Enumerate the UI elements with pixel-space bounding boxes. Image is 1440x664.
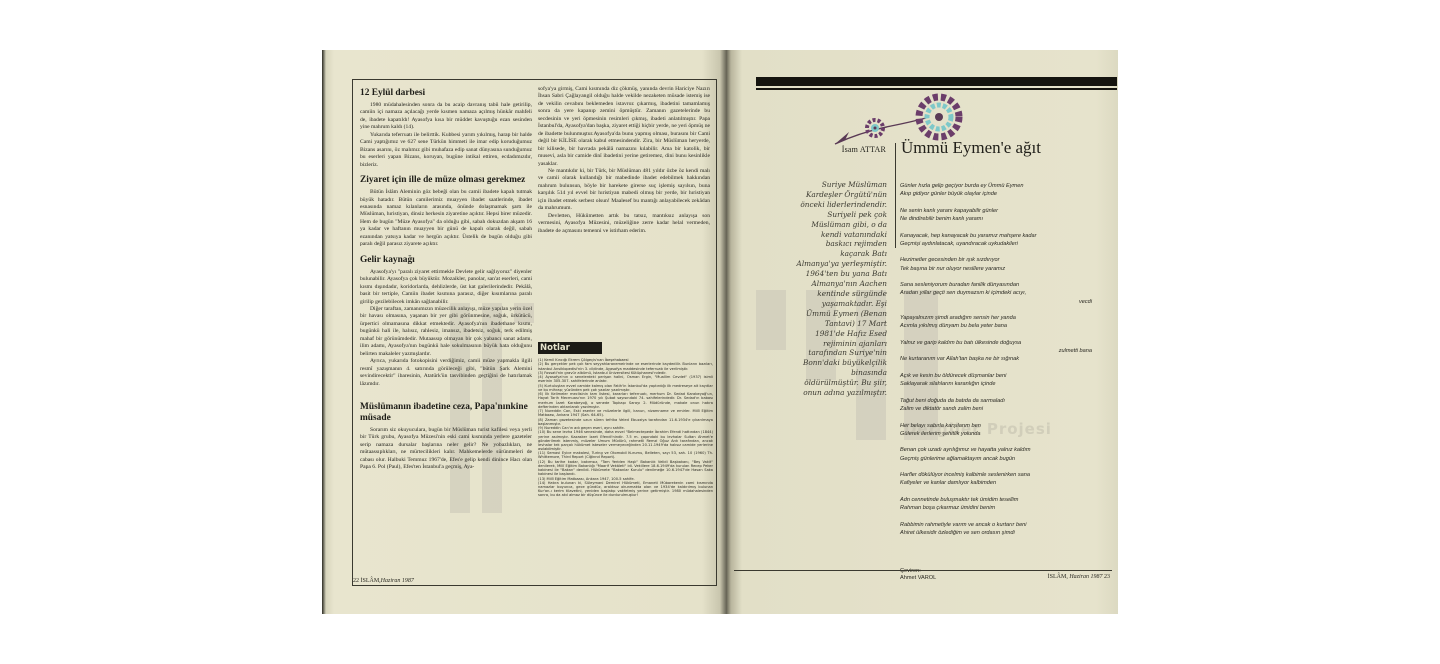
paragraph: Diğer taraftan, zamanımızın müzecilik an… bbox=[360, 306, 532, 358]
poem-line: Gülerek ilerlerim şehitlik yolunda bbox=[900, 430, 1100, 438]
page-footer-right: İSLÂM, Haziran 1987 23 bbox=[1048, 574, 1110, 580]
paragraph: Ayasofya'yı "paralı ziyaret ettirmekle D… bbox=[360, 269, 532, 306]
poem-line: Acımla yıkılmış dünyam bu bela yeter ban… bbox=[900, 322, 1100, 330]
poem-stanza: Hezimetler gecesinden bir ışık sızdırıyo… bbox=[900, 256, 1100, 272]
footnote-item: (4) Ayasofya'nın o senelerdeki perişan h… bbox=[538, 375, 713, 383]
poem-line: Zalim ve diktatör sandı zalim beni bbox=[900, 405, 1100, 413]
paragraph: Ayrıca, yukarıda fotokopisini verdiğimiz… bbox=[360, 358, 532, 388]
section-heading: 12 Eylül darbesi bbox=[360, 88, 532, 99]
poem-line: Her belayı sabırla karşılarım ben bbox=[900, 422, 1100, 430]
paragraph: Yukarıda teferruatı ile belirttik. Kubbe… bbox=[360, 132, 532, 169]
page-number: 23 bbox=[1104, 574, 1110, 580]
title-divider bbox=[895, 143, 896, 248]
page-number: 22 bbox=[353, 578, 359, 584]
left-page: 12 Eylül darbesi 1980 müdahalesinden son… bbox=[322, 50, 726, 614]
article-column-2: sofya'ya girmiş, Cami kısmında diz çökmü… bbox=[538, 86, 710, 235]
poem-line: zulmetti bana bbox=[900, 347, 1100, 355]
poem-line: Geçmişi aydınlatacak, uyandıracak uykuda… bbox=[900, 240, 1100, 248]
poem-line: Tağut beni doğuda da batıda da sarmaladı bbox=[900, 397, 1100, 405]
poem-line: Benan çok uzadı ayrılığımız ve hayatta y… bbox=[900, 446, 1100, 454]
footnote-item: (12) Bu tarihe kadar, bakımsız, "Tam Yer… bbox=[538, 460, 713, 477]
poem-body: Günler hızla gelip geçiyor burda ey Ümmü… bbox=[900, 182, 1100, 546]
poem-line: Ne senin kanlı yaranı kapayabilir günler bbox=[900, 207, 1100, 215]
poem-stanza: Harfler dökülüyor incelmiş kalbimle sesl… bbox=[900, 471, 1100, 487]
poem-line: Adn cennetinde buluşmaktır tek ümidim te… bbox=[900, 496, 1100, 504]
magazine-name: İSLÂM, bbox=[1048, 574, 1068, 580]
section-heading: Gelir kaynağı bbox=[360, 255, 532, 266]
header-rule bbox=[756, 77, 1117, 86]
poem-line: Ne kurtaranım var Allah'tan başka ne bir… bbox=[900, 355, 1100, 363]
paragraph: Devletten, Hükûmetten artık bu tatsız, m… bbox=[538, 213, 710, 235]
poem-line: Akıp gidiyor günler büyük olaylar içinde bbox=[900, 190, 1100, 198]
footer-rule bbox=[734, 570, 1112, 571]
poem-title: Ümmü Eymen'e ağıt bbox=[901, 138, 1041, 158]
right-page: İsam ATTAR Ümmü Eymen'e ağıt Dergiler Pr… bbox=[726, 50, 1118, 614]
poem-line: Aradan yıllar geçti sen duymazsın ki içi… bbox=[900, 289, 1100, 297]
poem-stanza: Ne senin kanlı yaranı kapayabilir günler… bbox=[900, 207, 1100, 223]
poem-line: Rabbimin rahmetiyle varım ve ancak o kur… bbox=[900, 521, 1100, 529]
poem-line: Yalnız ve garip kaldım bu batı ülkesinde… bbox=[900, 339, 1100, 347]
poem-line: Saklayarak silahlarını karanlığın içinde bbox=[900, 380, 1100, 388]
poem-stanza: Açık ve kesin bu öldürecek düşmanlar ben… bbox=[900, 372, 1100, 388]
section-heading: Ziyaret için ille de müze olması gerekme… bbox=[360, 175, 532, 186]
poem-stanza: Her belayı sabırla karşılarım benGülerek… bbox=[900, 422, 1100, 438]
poem-line: Günler hızla gelip geçiyor burda ey Ümmü… bbox=[900, 182, 1100, 190]
footnote-item: (6) İlk Kelimeler meclisinin tam listesi… bbox=[538, 392, 713, 409]
watermark-bar bbox=[756, 290, 786, 350]
translator-name: Ahmet VAROL bbox=[900, 575, 936, 582]
footnote-item: (11) Semavi Eyice makalesi, Turing ve Ot… bbox=[538, 451, 713, 459]
poem-line: Yapayalnızım şimdi aradığım sensin her y… bbox=[900, 314, 1100, 322]
footnotes-list: (1) Kemil Kıncığı Ekrem Çölgeçis'nan İbe… bbox=[538, 358, 713, 498]
poem-stanza: Yapayalnızım şimdi aradığım sensin her y… bbox=[900, 314, 1100, 330]
notes-heading: Notlar bbox=[538, 342, 602, 354]
poem-line: Tek başına bir nur oluyor nesillere yara… bbox=[900, 265, 1100, 273]
issue-date: Haziran 1987 bbox=[381, 578, 414, 584]
footnote-item: (10) Bu sene levha 1946 senesinde, daha … bbox=[538, 430, 713, 451]
paragraph: Sorarım siz okuyuculara, bugün bir Müslü… bbox=[360, 427, 532, 472]
poem-line: Ne dindirebilir benim kanlı yaramı bbox=[900, 215, 1100, 223]
paragraph: Bütün İslâm Aleminin göz bebeği olan bu … bbox=[360, 189, 532, 249]
page-footer-left: 22 İSLÂM,Haziran 1987 bbox=[353, 578, 414, 584]
footnote-item: (14) Hatıra bulunan ki, Süleymani Demire… bbox=[538, 481, 713, 498]
poem-line: Hezimetler gecesinden bir ışık sızdırıyo… bbox=[900, 256, 1100, 264]
issue-date: Haziran 1987 bbox=[1069, 574, 1102, 580]
poem-line: Rahman boşa çıkarmaz ümidini benim bbox=[900, 504, 1100, 512]
section-heading: Müslümanın ibadetine ceza, Papa'nınkine … bbox=[360, 402, 532, 424]
poem-line: vecdi bbox=[900, 298, 1100, 306]
footnote-item: (8) Zaman gazetesinde uzun süren tefrika… bbox=[538, 418, 713, 426]
author-name: İsam ATTAR bbox=[786, 145, 886, 154]
poem-line: Geçmiş günlerime ağlamaktayım ancak bugü… bbox=[900, 455, 1100, 463]
poem-line: Açık ve kesin bu öldürecek düşmanlar ben… bbox=[900, 372, 1100, 380]
poem-line: Sana sesleniyorum buradan fanilik dünyas… bbox=[900, 281, 1100, 289]
paragraph: Ne mantıkdır ki, bir Türk, bir Müslüman … bbox=[538, 168, 710, 213]
header-rule-thin bbox=[756, 88, 1117, 90]
poem-line: Ahiret ülkesidir özlediğim ve sen ordası… bbox=[900, 529, 1100, 537]
poem-stanza: Günler hızla gelip geçiyor burda ey Ümmü… bbox=[900, 182, 1100, 198]
poem-stanza: Benan çok uzadı ayrılığımız ve hayatta y… bbox=[900, 446, 1100, 462]
poem-stanza: Yalnız ve garip kaldım bu batı ülkesinde… bbox=[900, 339, 1100, 364]
magazine-spread: 12 Eylül darbesi 1980 müdahalesinden son… bbox=[322, 50, 1118, 614]
footnote-item: (7) Nureddin Can, Eski eserler ve müzele… bbox=[538, 409, 713, 417]
poem-line: Kafiyeler ve kanlar damlıyor kalbimden bbox=[900, 479, 1100, 487]
article-column-1: 12 Eylül darbesi 1980 müdahalesinden son… bbox=[360, 86, 532, 472]
poem-introduction: Suriye Müslüman Kardeşler Örgütü'nün önc… bbox=[796, 180, 887, 398]
poem-stanza: Kanayacak, hep kanayacak bu yaramız mahş… bbox=[900, 232, 1100, 248]
poem-stanza: Sana sesleniyorum buradan fanilik dünyas… bbox=[900, 281, 1100, 306]
paragraph: 1980 müdahalesinden sonra da bu acaip da… bbox=[360, 102, 532, 132]
article-frame: 12 Eylül darbesi 1980 müdahalesinden son… bbox=[352, 79, 717, 586]
poem-line: Harfler dökülüyor incelmiş kalbimle sesl… bbox=[900, 471, 1100, 479]
poem-line: Kanayacak, hep kanayacak bu yaramız mahş… bbox=[900, 232, 1100, 240]
paragraph: sofya'ya girmiş, Cami kısmında diz çökmü… bbox=[538, 86, 710, 168]
poem-stanza: Adn cennetinde buluşmaktır tek ümidim te… bbox=[900, 496, 1100, 512]
poem-stanza: Rabbimin rahmetiyle varım ve ancak o kur… bbox=[900, 521, 1100, 537]
poem-stanza: Tağut beni doğuda da batıda da sarmaladı… bbox=[900, 397, 1100, 413]
magazine-name: İSLÂM, bbox=[361, 578, 381, 584]
footnote-item: (5) Kurtuluştan evvel camide kalmış olan… bbox=[538, 384, 713, 392]
footnote-item: (2) Bu gerçekler pek çok fam seyyahlaran… bbox=[538, 362, 713, 370]
